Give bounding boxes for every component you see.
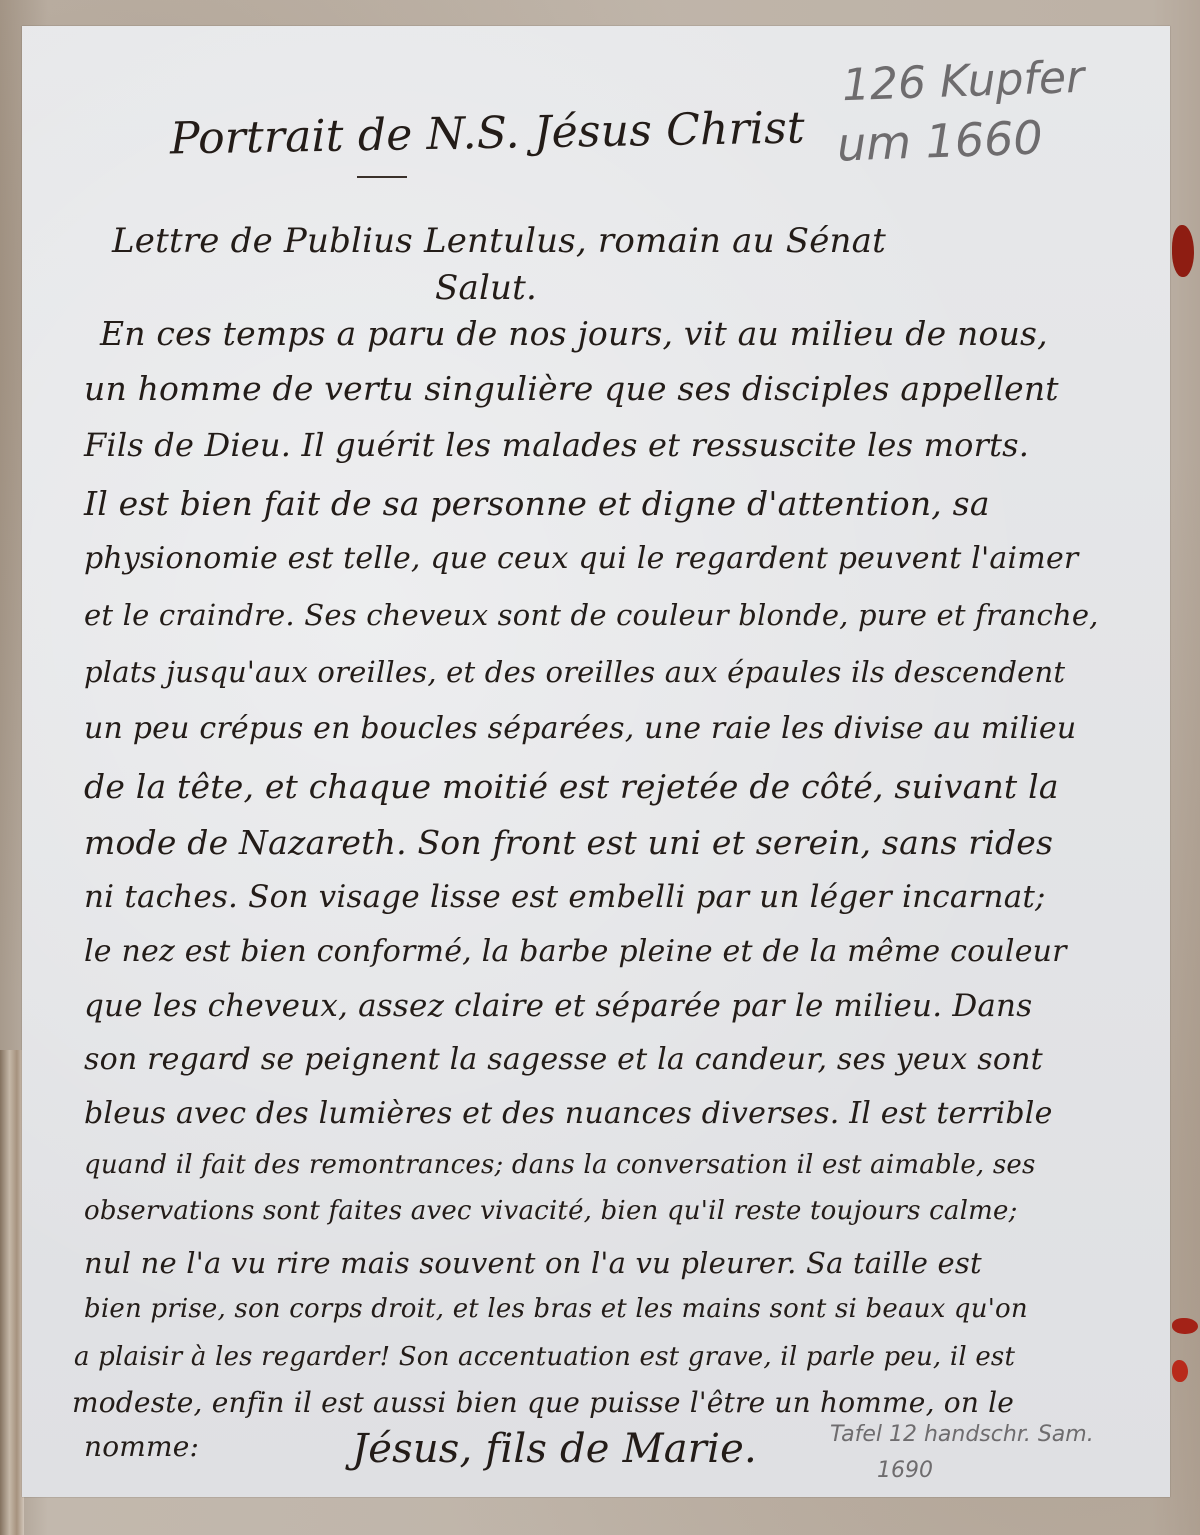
pencil-note-catalog: 126 Kupfer (841, 52, 1085, 111)
body-line: a plaisir à les regarder! Son accentuati… (74, 1342, 1015, 1372)
body-line: et le craindre. Ses cheveux sont de coul… (84, 598, 1099, 632)
body-line: En ces temps a paru de nos jours, vit au… (100, 314, 1048, 353)
body-line: quand il fait des remontrances; dans la … (84, 1150, 1036, 1180)
body-line: observations sont faites avec vivacité, … (84, 1196, 1018, 1226)
body-line: Il est bien fait de sa personne et digne… (84, 484, 990, 523)
red-wax-stain (1172, 225, 1194, 277)
body-line: un homme de vertu singulière que ses dis… (84, 369, 1059, 408)
salutation: Salut. (435, 268, 537, 308)
body-line: plats jusqu'aux oreilles, et des oreille… (84, 655, 1065, 689)
body-line: son regard se peignent la sagesse et la … (84, 1042, 1043, 1077)
body-line: nul ne l'a vu rire mais souvent on l'a v… (84, 1246, 982, 1280)
body-line: un peu crépus en boucles séparées, une r… (84, 711, 1076, 746)
body-line: que les cheveux, assez claire et séparée… (84, 988, 1032, 1024)
pencil-note-date: um 1660 (836, 110, 1043, 171)
body-line: physionomie est telle, que ceux qui le r… (84, 541, 1078, 576)
body-line: modeste, enfin il est aussi bien que pui… (72, 1386, 1014, 1419)
pencil-note-plate: Tafel 12 handschr. Sam. (830, 1422, 1094, 1447)
body-line: le nez est bien conformé, la barbe plein… (84, 934, 1067, 969)
body-line: de la tête, et chaque moitié est rejetée… (84, 767, 1059, 806)
body-line: nomme: (84, 1430, 199, 1463)
body-line: bien prise, son corps droit, et les bras… (84, 1294, 1028, 1324)
torn-mount-edge (0, 1050, 24, 1535)
body-line: mode de Nazareth. Son front est uni et s… (84, 823, 1053, 862)
red-wax-stain (1172, 1360, 1188, 1382)
red-wax-stain (1172, 1318, 1198, 1334)
document-title: Portrait de N.S. Jésus Christ (170, 102, 806, 164)
manuscript-page: Portrait de N.S. Jésus Christ 126 Kupfer… (22, 26, 1170, 1497)
body-line: ni taches. Son visage lisse est embelli … (84, 879, 1046, 915)
document-subtitle: Lettre de Publius Lentulus, romain au Sé… (112, 221, 886, 261)
body-line: Fils de Dieu. Il guérit les malades et r… (84, 426, 1029, 464)
body-line: bleus avec des lumières et des nuances d… (84, 1096, 1053, 1131)
title-underline (357, 176, 407, 178)
signature: Jésus, fils de Marie. (352, 1426, 757, 1472)
pencil-note-year: 1690 (877, 1458, 933, 1483)
